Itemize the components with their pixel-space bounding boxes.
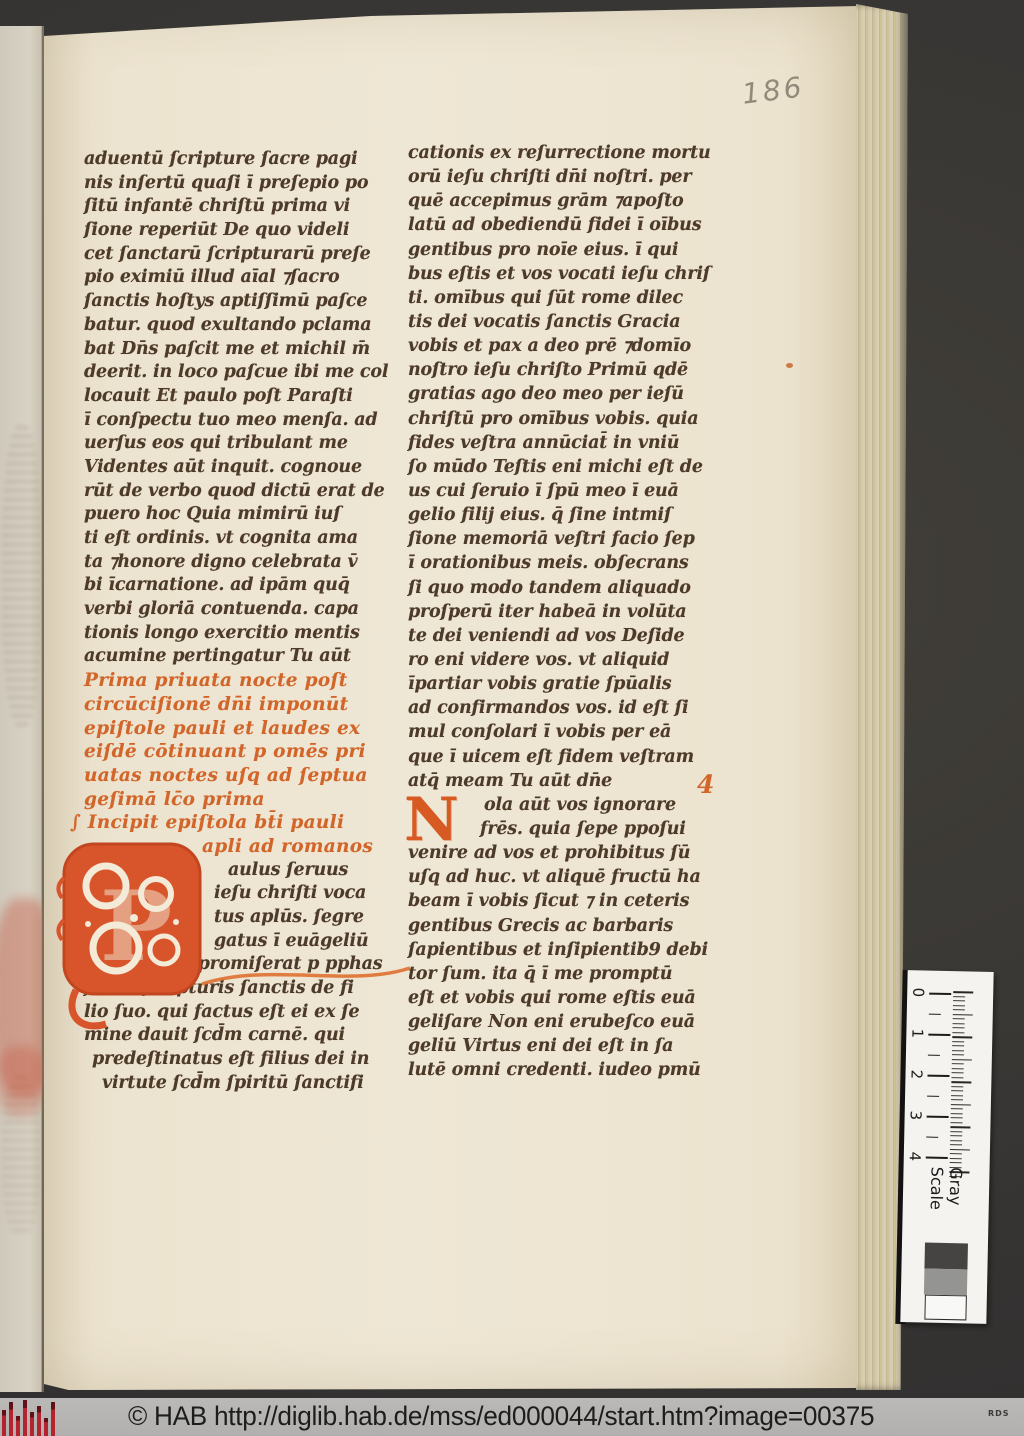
- manuscript-line: eiſdē cōtinuant p omēs pri: [84, 740, 406, 764]
- ruler-tick: [952, 1063, 964, 1064]
- manuscript-line: ieſu chriſti voca: [214, 882, 406, 906]
- ruler-tick: [953, 1005, 965, 1006]
- ruler-tick: [928, 1034, 950, 1036]
- decorated-initial-n: N: [404, 790, 459, 850]
- manuscript-line: us cui ſeruio ī ſpū meo ī euā: [408, 479, 744, 503]
- manuscript-line: deerit. in loco paſcue ibi me col: [84, 361, 406, 385]
- ruler-tick: [950, 1149, 970, 1151]
- rds-mark: RDS: [988, 1409, 1010, 1418]
- manuscript-line: epiſtole pauli et laudes ex: [84, 717, 406, 741]
- manuscript-line: quē accepimus grām ⁊apoſto: [408, 189, 744, 213]
- ruler-tick: [952, 1054, 964, 1055]
- film-bar: [51, 1402, 55, 1436]
- manuscript-line: virtute ſcd̄m ſpiritū ſanctifi: [102, 1072, 406, 1096]
- manuscript-line: ſi quo modo tandem aliquado: [408, 576, 744, 600]
- manuscript-line: puero hoc Quia mimirū iuſ: [84, 503, 406, 527]
- ruler-tick: [950, 1162, 962, 1163]
- ruler-tick: [928, 1054, 940, 1056]
- manuscript-line: cationis ex reſurrectione mortu: [408, 141, 744, 165]
- manuscript-line: verbi gloriā contuenda. capa: [84, 598, 406, 622]
- ruler-tick: [951, 1095, 963, 1096]
- manuscript-line: fides veſtra annūciat̄ in vniū: [408, 431, 744, 455]
- manuscript-line: bus eſtis et vos vocati ieſu chriſ: [408, 262, 744, 286]
- manuscript-line: predeſtinatus eſt filius dei in: [92, 1048, 406, 1072]
- ruler-tick: [927, 1095, 939, 1097]
- ruler-tick: [952, 1059, 972, 1061]
- manuscript-line: apli ad romanos: [202, 835, 406, 859]
- ruler-number: 1: [908, 1025, 926, 1041]
- ruler-tick: [929, 1013, 941, 1015]
- manuscript-line: ſanctis hoſtys aptiſſimū paſce: [84, 290, 406, 314]
- manuscript-line: locauit Et paulo poſt Paraſti: [84, 385, 406, 409]
- manuscript-line: bat Dn̄s paſcit me et michil m̄: [84, 338, 406, 362]
- manuscript-line: rūt de verbo quod dictū erat de: [84, 480, 406, 504]
- manuscript-line: te dei veniendi ad vos Deſide: [408, 624, 744, 648]
- svg-text:P: P: [100, 870, 172, 983]
- ruler-tick: [950, 1126, 970, 1128]
- manuscript-line: beam ī vobis ſicut ⁊ in ceteris: [408, 889, 744, 913]
- manuscript-line: ſo mūdo Teſtis eni michi eſt de: [408, 455, 744, 479]
- ruler-number: 4: [906, 1148, 924, 1164]
- manuscript-line: gentibus Grecis ac barbaris: [408, 914, 744, 938]
- manuscript-line: acumine pertingatur Tu aūt: [84, 645, 406, 669]
- manuscript-line: ſapientibus et inſipientib9 debi: [408, 938, 744, 962]
- manuscript-line: tor ſum. ita q̄ ī me promptū: [408, 962, 744, 986]
- manuscript-line: aulus ſeruus: [228, 859, 406, 883]
- grayscale-label: Gray Scale: [902, 1166, 990, 1244]
- manuscript-line: tus aplūs. ſegre: [214, 906, 406, 930]
- manuscript-line: ta ⁊honore digno celebrata v̄: [84, 551, 406, 575]
- film-bar: [9, 1402, 13, 1436]
- grayscale-patch-1: [924, 1269, 968, 1296]
- manuscript-line: uſq ad huc. vt aliquē fructū ha: [408, 865, 744, 889]
- ruler-tick: [926, 1136, 938, 1138]
- ruler-tick: [950, 1131, 962, 1132]
- manuscript-line: orū ieſu chriſti dn̄i noſtri. per: [408, 165, 744, 189]
- film-bar: [37, 1406, 41, 1436]
- film-bar: [16, 1416, 20, 1436]
- manuscript-line: ī orationibus meis. obſecrans: [408, 551, 744, 575]
- page-gutter-shadow: [41, 26, 44, 1392]
- manuscript-line: aduentū ſcripture ſacre pagi: [84, 148, 406, 172]
- manuscript-line: nis inſertū quaſi ī preſepio po: [84, 172, 406, 196]
- manuscript-line: cet ſanctarū ſcripturarū preſe: [84, 243, 406, 267]
- ruler-tick: [952, 1068, 964, 1069]
- ruler-tick: [927, 1116, 949, 1118]
- ruler-tick: [953, 1009, 965, 1010]
- manuscript-line: gentibus pro noīe eius. ī qui: [408, 238, 744, 262]
- ruler-tick: [952, 1072, 964, 1073]
- manuscript-line: ti. omībus qui ſūt rome dilec: [408, 286, 744, 310]
- ruler-tick: [926, 1157, 948, 1159]
- manuscript-line: proſperū iter habeā in volūta: [408, 600, 744, 624]
- ruler-tick: [927, 1075, 949, 1077]
- ruler-tick: [952, 1041, 964, 1042]
- ruler-tick: [951, 1113, 963, 1114]
- manuscript-line: uatas noctes uſq ad ſeptua: [84, 764, 406, 788]
- film-bar: [30, 1412, 34, 1436]
- ruler-tick: [953, 1018, 965, 1019]
- quire-mark: 4: [697, 770, 714, 799]
- manuscript-line: mul conſolari ī vobis per eā: [408, 720, 744, 744]
- film-edge-marker: [2, 1400, 56, 1436]
- ruler-tick: [950, 1140, 962, 1141]
- ruler-tick: [953, 1000, 965, 1001]
- manuscript-line: gratias ago deo meo per ieſū: [408, 382, 744, 406]
- ruler-tick: [951, 1117, 963, 1118]
- manuscript-line: ſitū infantē chriſtū prima vi: [84, 195, 406, 219]
- manuscript-line: Prima priuata nocte poſt: [84, 669, 406, 693]
- ruler-tick: [952, 1045, 964, 1046]
- manuscript-line: geliū Virtus eni dei eſt in ſa: [408, 1034, 744, 1058]
- ruler-tick: [953, 996, 965, 997]
- grayscale-ruler: 01234: [986, 972, 993, 1324]
- manuscript-line: uerſus eos qui tribulant me: [84, 432, 406, 456]
- manuscript-line: ro eni videre vos. vt aliquid: [408, 648, 744, 672]
- ruler-tick: [953, 1014, 973, 1016]
- bleedthrough-red-initial: [0, 1046, 46, 1116]
- ruler-tick: [951, 1090, 963, 1091]
- film-bar: [23, 1400, 27, 1436]
- ruler-tick: [950, 1153, 962, 1154]
- ruler-tick: [951, 1099, 963, 1100]
- film-bar: [2, 1410, 6, 1436]
- ruler-tick: [951, 1077, 963, 1078]
- manuscript-line: latū ad obediendū fidei ī oībus: [408, 213, 744, 237]
- bleedthrough-text: [2, 426, 42, 726]
- ruler-tick: [952, 1032, 964, 1033]
- manuscript-line: batur. quod exultando pclama: [84, 314, 406, 338]
- manuscript-line: que ī uicem eſt fidem veſtram: [408, 745, 744, 769]
- manuscript-line: tionis longo exercitio mentis: [84, 622, 406, 646]
- manuscript-line: ſione reperiūt De quo videli: [84, 219, 406, 243]
- ruler-tick: [951, 1122, 963, 1123]
- manuscript-line: circūciſionē dn̄i imponūt: [84, 693, 406, 717]
- ruler-tick: [929, 993, 951, 995]
- ruler-number: 3: [906, 1107, 924, 1123]
- photo-background: 186 aduentū ſcripture ſacre paginis inſe…: [0, 0, 1024, 1436]
- grayscale-patch-2: [924, 1295, 967, 1321]
- ruler-tick: [950, 1144, 962, 1145]
- manuscript-line: ſione memoriā veſtri facio ſep: [408, 527, 744, 551]
- right-column: cationis ex reſurrectione mortuorū ieſu …: [408, 141, 744, 1082]
- manuscript-line: lutē omni credenti. iudeo pmū: [408, 1058, 744, 1082]
- manuscript-line: eſt et vobis qui rome eſtis euā: [408, 986, 744, 1010]
- manuscript-line: gelio filij eius. q̄ ſine intmiſ: [408, 503, 744, 527]
- ruler-tick: [952, 1027, 964, 1028]
- ruler-tick: [951, 1104, 971, 1106]
- ruler-tick: [952, 1036, 972, 1038]
- manuscript-line: ∫ Incipit epiſtola bt̄i pauli: [70, 811, 406, 835]
- ruler-tick: [950, 1158, 962, 1159]
- grayscale-patches: [923, 1243, 968, 1321]
- manuscript-line: ad confirmandos vos. id eſt ſi: [408, 696, 744, 720]
- manuscript-line: chriſtū pro omībus vobis. quia: [408, 407, 744, 431]
- page-left-edge: [0, 26, 42, 1392]
- ruler-tick: [950, 1135, 962, 1136]
- ink-speck: [786, 363, 793, 368]
- manuscript-line: tis dei vocatis ſanctis Gracia: [408, 310, 744, 334]
- manuscript-line: pio eximiū illud aīal ⁊ſacro: [84, 266, 406, 290]
- manuscript-line: Videntes aūt inquit. cognoue: [84, 456, 406, 480]
- manuscript-line: īpartiar vobis gratie ſpūalis: [408, 672, 744, 696]
- manuscript-line: vobis et pax a deo prē ⁊domīo: [408, 334, 744, 358]
- rubric-flourish: [200, 956, 414, 996]
- manuscript-line: gatus ī euāgeliū: [214, 930, 406, 954]
- manuscript-line: ti eſt ordinis. vt cognita ama: [84, 527, 406, 551]
- ruler-tick: [951, 1086, 963, 1087]
- ruler-tick: [953, 1023, 965, 1024]
- ruler-number: 0: [909, 984, 927, 1000]
- ruler-tick: [952, 1050, 964, 1051]
- ruler-tick: [951, 1108, 963, 1109]
- ruler-tick: [953, 991, 973, 993]
- manuscript-line: frēs. quia ſepe ppoſui: [480, 817, 744, 841]
- ruler-tick: [951, 1081, 971, 1083]
- manuscript-line: bi īcarnatione. ad ipām quq̄: [84, 574, 406, 598]
- grayscale-card: 01234 Gray Scale: [900, 970, 993, 1324]
- ruler-number: 2: [907, 1066, 925, 1082]
- manuscript-line: noſtro ieſu chriſto Primū qdē: [408, 358, 744, 382]
- film-bar: [44, 1418, 48, 1436]
- manuscript-line: ī conſpectu tuo meo menſa. ad: [84, 409, 406, 433]
- caption-bar: © HAB http://diglib.hab.de/mss/ed000044/…: [0, 1398, 1024, 1436]
- decorated-initial-p: P: [54, 838, 212, 1040]
- manuscript-line: geſimā lc̄o prima: [84, 788, 406, 812]
- manuscript-line: geliſare Non eni erubeſco euā: [408, 1010, 744, 1034]
- caption-text: © HAB http://diglib.hab.de/mss/ed000044/…: [128, 1398, 874, 1436]
- grayscale-patch-0: [924, 1243, 968, 1270]
